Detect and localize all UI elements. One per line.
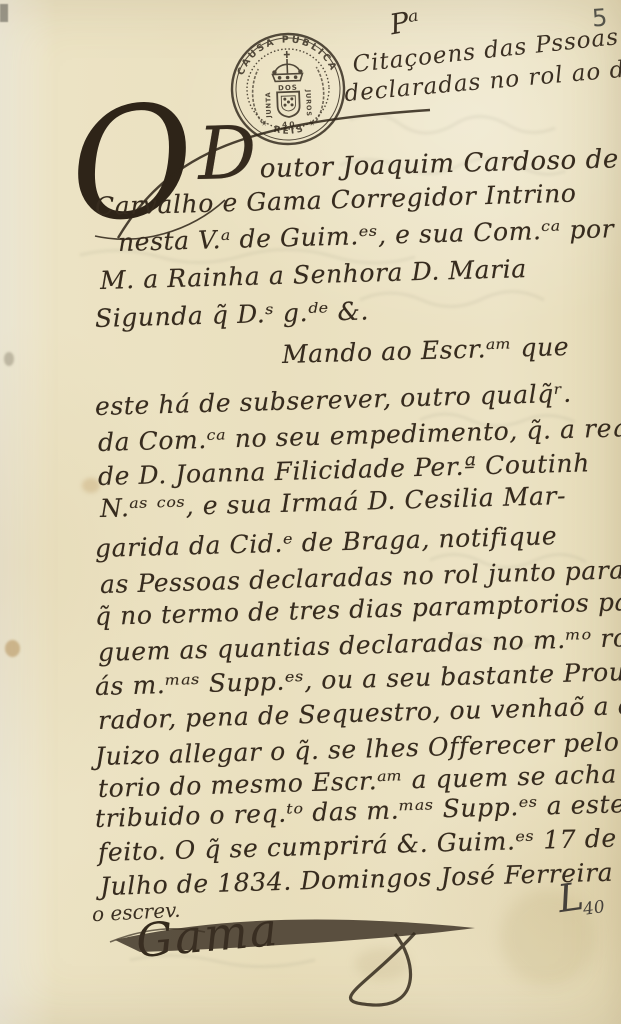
manuscript-page: 5 CAUSA PUBLICA ✶ REIS ✶ [0, 0, 621, 1024]
fee-currency: L [555, 874, 586, 921]
fee-amount: 40 [582, 897, 606, 920]
signature-flourish [85, 888, 525, 1022]
fee-annotation: L40 [555, 871, 608, 921]
